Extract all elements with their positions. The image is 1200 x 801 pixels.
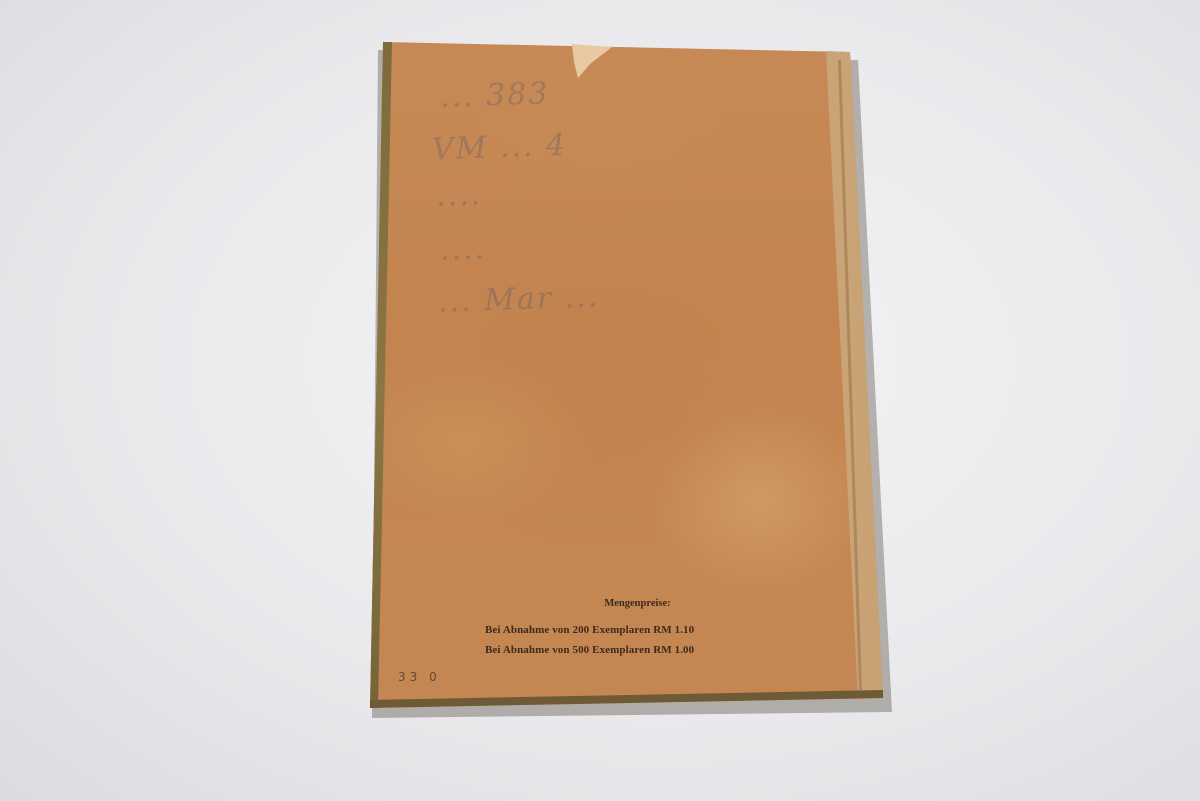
quantity-prices-block: Mengenpreise: Bei Abnahme von 200 Exempl… <box>485 594 825 660</box>
pencil-note-2: VM ... 4 <box>431 128 567 168</box>
corner-mark: 33 0 <box>398 670 441 684</box>
pencil-note-1: ... 383 <box>439 76 550 115</box>
price-line-200: Bei Abnahme von 200 Exemplaren RM 1.10 <box>485 620 825 640</box>
prices-heading: Mengenpreise: <box>450 594 825 614</box>
book-back-cover <box>0 0 1200 801</box>
pencil-note-4: .... <box>439 231 486 268</box>
pencil-note-5: ... Mar ... <box>437 279 599 320</box>
pencil-note-3: .... <box>435 177 482 214</box>
price-line-500: Bei Abnahme von 500 Exemplaren RM 1.00 <box>485 640 825 660</box>
photo-scene: ... 383 VM ... 4 .... .... ... Mar ... M… <box>0 0 1200 801</box>
